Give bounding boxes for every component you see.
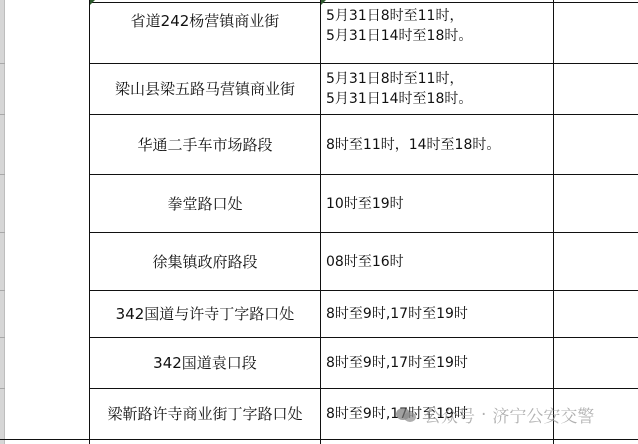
table-cell-empty[interactable]	[554, 64, 638, 114]
cell-text: 8时至9时,17时至19时	[326, 304, 468, 324]
table-cell-time[interactable]: 5月31日8时至11时， 5月31日14时至18时。	[321, 3, 553, 63]
cell-text-line: 5月31日8时至11时，	[326, 69, 472, 89]
table-cell-location[interactable]: 梁山县梁五路马营镇商业街	[90, 64, 320, 114]
cell-text: 梁靳路许寺商业街丁字路口处	[107, 404, 302, 424]
table-cell-empty[interactable]	[554, 389, 638, 439]
table-cell-location[interactable]: 梁靳路许寺商业街丁字路口处	[90, 389, 320, 439]
table-cell-time[interactable]: 8时至11时，14时至18时。	[321, 115, 553, 174]
table-cell-empty[interactable]	[554, 233, 638, 290]
table-cell-time[interactable]: 5月31日8时至11时， 5月31日14时至18时。	[321, 64, 553, 114]
row-divider	[0, 232, 5, 233]
spreadsheet-view: 省道242杨营镇商业街 5月31日8时至11时， 5月31日14时至18时。 梁…	[0, 0, 638, 444]
cell-text: 8时至9时,17时至19时	[326, 404, 468, 424]
row-divider	[0, 337, 5, 338]
cell-text: 342国道与许寺丁字路口处	[116, 304, 295, 324]
cell-text: 华通二手车市场路段	[137, 135, 272, 155]
cell-text: 8时至9时,17时至19时	[326, 353, 468, 373]
cell-text-line: 5月31日14时至18时。	[326, 26, 472, 46]
table-cell-time[interactable]: 8时至9时,17时至19时	[321, 338, 553, 388]
cell-text: 8时至11时，14时至18时。	[326, 135, 500, 155]
table-cell-location[interactable]: 342国道与许寺丁字路口处	[90, 291, 320, 337]
row-divider	[0, 174, 5, 175]
table-cell-empty[interactable]	[554, 338, 638, 388]
row-header-gutter[interactable]	[0, 0, 5, 444]
table-cell-empty[interactable]	[554, 291, 638, 337]
cell-text: 梁山县梁五路马营镇商业街	[115, 79, 295, 99]
cell-text: 342国道袁口段	[153, 353, 257, 373]
table-cell-empty[interactable]	[554, 3, 638, 63]
table-cell-empty[interactable]	[554, 115, 638, 174]
cell-text: 08时至16时	[326, 252, 404, 272]
row-divider	[0, 63, 5, 64]
row-divider	[0, 114, 5, 115]
table-cell-time[interactable]: 10时至19时	[321, 175, 553, 232]
cell-text-line: 5月31日8时至11时，	[326, 6, 472, 26]
cell-text: 徐集镇政府路段	[152, 252, 257, 272]
table-cell-location[interactable]: 徐集镇政府路段	[90, 233, 320, 290]
table-cell-empty[interactable]	[554, 175, 638, 232]
cell-text: 10时至19时	[326, 194, 404, 214]
table-cell-location[interactable]: 省道242杨营镇商业街	[90, 3, 320, 63]
row-divider	[0, 290, 5, 291]
cell-text: 拳堂路口处	[167, 194, 242, 214]
cell-text-line: 5月31日14时至18时。	[326, 89, 472, 109]
row-border	[0, 439, 638, 440]
cell-text: 省道242杨营镇商业街	[131, 11, 280, 31]
table-cell-location[interactable]: 拳堂路口处	[90, 175, 320, 232]
table-cell-time[interactable]: 8时至9时,17时至19时	[321, 389, 553, 439]
table-cell-time[interactable]: 8时至9时,17时至19时	[321, 291, 553, 337]
table-cell-location[interactable]: 342国道袁口段	[90, 338, 320, 388]
table-cell-location[interactable]: 华通二手车市场路段	[90, 115, 320, 174]
row-divider	[0, 388, 5, 389]
table-cell-time[interactable]: 08时至16时	[321, 233, 553, 290]
